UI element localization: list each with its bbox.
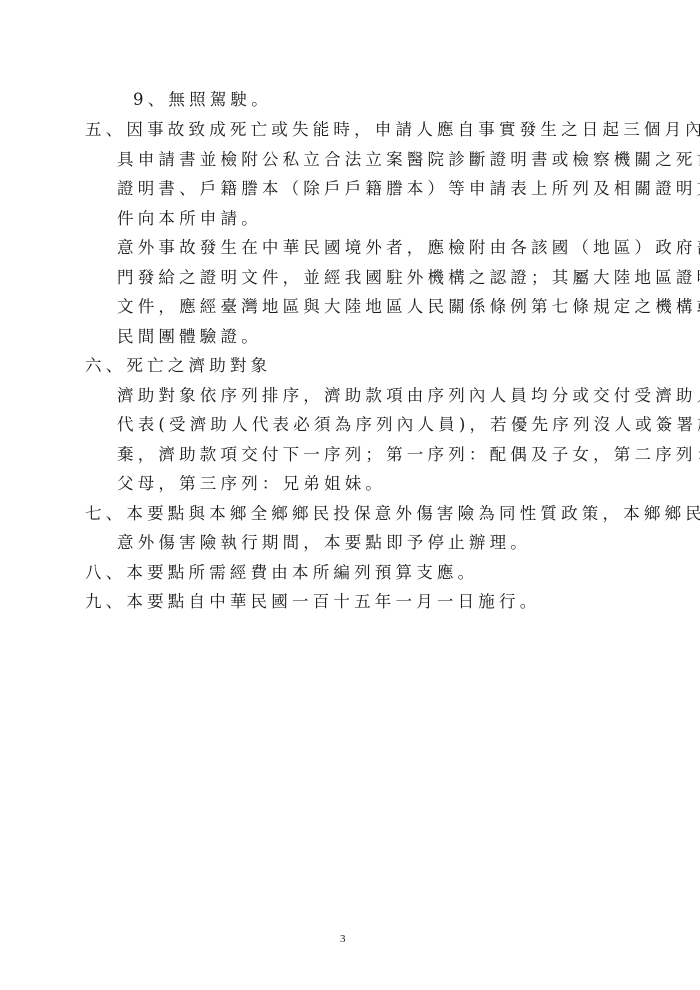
item-6-line-1: 濟助對象依序列排序，濟助款項由序列內人員均分或交付受濟助人 [117,386,700,406]
item-5-para2-line-3: 文件，應經臺灣地區與大陸地區人民關係條例第七條規定之機構或 [117,297,700,317]
item-9: 九、本要點自中華民國一百十五年一月一日施行。 [85,592,540,612]
item-6-line-2: 代表(受濟助人代表必須為序列內人員)，若優先序列沒人或簽署放 [117,415,700,435]
sub-item-9: 9、無照駕駛。 [133,90,272,110]
item-5-line-1: 五、因事故致成死亡或失能時，申請人應自事實發生之日起三個月內填 [85,120,700,140]
item-5-line-2: 具申請書並檢附公私立合法立案醫院診斷證明書或檢察機關之死亡 [117,150,700,170]
item-5-para2-line-2: 門發給之證明文件，並經我國駐外機構之認證；其屬大陸地區證明 [117,268,700,288]
item-7-line-1: 七、本要點與本鄉全鄉鄉民投保意外傷害險為同性質政策，本鄉鄉民團體 [85,504,700,524]
item-7-line-2: 意外傷害險執行期間，本要點即予停止辦理。 [117,533,531,553]
item-6-line-4: 父母，第三序列：兄弟姐妹。 [117,474,386,494]
item-8: 八、本要點所需經費由本所編列預算支應。 [85,563,478,583]
item-5-line-4: 件向本所申請。 [117,209,262,229]
document-page: 9、無照駕駛。 五、因事故致成死亡或失能時，申請人應自事實發生之日起三個月內填 … [0,0,700,990]
item-5-para2-line-4: 民間團體驗證。 [117,327,262,347]
item-6-line-3: 棄，濟助款項交付下一序列；第一序列：配偶及子女，第二序列： [117,445,700,465]
item-6-heading: 六、死亡之濟助對象 [85,356,271,376]
page-number: 3 [340,933,346,945]
item-5-line-3: 證明書、戶籍謄本（除戶戶籍謄本）等申請表上所列及相關證明文 [117,179,700,199]
item-5-para2-line-1: 意外事故發生在中華民國境外者，應檢附由各該國（地區）政府部 [117,238,700,258]
